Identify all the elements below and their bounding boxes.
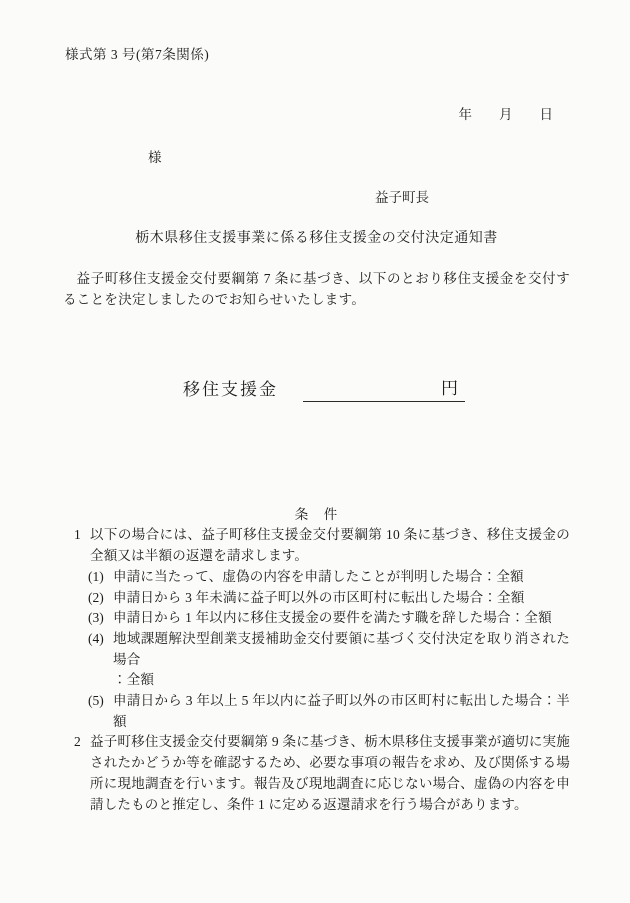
subcondition-number: (1): [88, 567, 113, 588]
subcondition-text-line1: 地域課題解決型創業支援補助金交付要領に基づく交付決定を取り消された場合: [113, 631, 570, 667]
condition-item-2: 2 益子町移住支援金交付要綱第 9 条に基づき、栃木県移住支援事業が適切に実施さ…: [63, 732, 570, 815]
date-line: 年 月 日: [63, 105, 570, 126]
subcondition-text: 地域課題解決型創業支援補助金交付要領に基づく交付決定を取り消された場合 ：全額: [113, 629, 570, 691]
condition-text: 益子町移住支援金交付要綱第 9 条に基づき、栃木県移住支援事業が適切に実施された…: [90, 732, 570, 815]
conditions-list: 1 以下の場合には、益子町移住支援金交付要綱第 10 条に基づき、移住支援金の全…: [63, 525, 570, 815]
subcondition-item-3: (3) 申請日から 1 年以内に移住支援金の要件を満たす職を辞した場合：全額: [63, 608, 570, 629]
amount-underline: 円: [303, 377, 465, 402]
conditions-heading: 条 件: [63, 505, 570, 526]
subcondition-item-4: (4) 地域課題解決型創業支援補助金交付要領に基づく交付決定を取り消された場合 …: [63, 629, 570, 691]
subcondition-text: 申請に当たって、虚偽の内容を申請したことが判明した場合：全額: [113, 567, 570, 588]
subcondition-item-5: (5) 申請日から 3 年以上 5 年以内に益子町以外の市区町村に転出した場合：…: [63, 691, 570, 732]
document-content: 様式第 3 号(第7条関係) 年 月 日 様 益子町長 栃木県移住支援事業に係る…: [0, 45, 630, 815]
subcondition-number: (3): [88, 608, 113, 629]
subcondition-number: (4): [88, 629, 113, 691]
subcondition-text-line2: ：全額: [113, 672, 154, 687]
document-page: 様式第 3 号(第7条関係) 年 月 日 様 益子町長 栃木県移住支援事業に係る…: [0, 0, 630, 903]
amount-unit: 円: [441, 377, 460, 401]
subcondition-number: (2): [88, 588, 113, 609]
body-paragraph: 益子町移住支援金交付要綱第 7 条に基づき、以下のとおり移住支援金を交付すること…: [63, 269, 570, 310]
amount-row: 移住支援金 円: [183, 376, 570, 402]
sender-name: 益子町長: [63, 188, 570, 209]
subcondition-number: (5): [88, 691, 113, 732]
condition-item-1: 1 以下の場合には、益子町移住支援金交付要綱第 10 条に基づき、移住支援金の全…: [63, 525, 570, 566]
subcondition-item-2: (2) 申請日から 3 年未満に益子町以外の市区町村に転出した場合：全額: [63, 588, 570, 609]
recipient-honorific: 様: [63, 148, 570, 169]
condition-number: 2: [74, 732, 90, 815]
subcondition-text: 申請日から 1 年以内に移住支援金の要件を満たす職を辞した場合：全額: [113, 608, 570, 629]
condition-number: 1: [74, 525, 90, 566]
form-number-label: 様式第 3 号(第7条関係): [65, 45, 570, 66]
subcondition-text: 申請日から 3 年以上 5 年以内に益子町以外の市区町村に転出した場合：半額: [113, 691, 570, 732]
subcondition-item-1: (1) 申請に当たって、虚偽の内容を申請したことが判明した場合：全額: [63, 567, 570, 588]
amount-label: 移住支援金: [183, 378, 278, 402]
document-title: 栃木県移住支援事業に係る移住支援金の交付決定通知書: [63, 228, 570, 250]
condition-text: 以下の場合には、益子町移住支援金交付要綱第 10 条に基づき、移住支援金の全額又…: [90, 525, 570, 566]
subcondition-text: 申請日から 3 年未満に益子町以外の市区町村に転出した場合：全額: [113, 588, 570, 609]
